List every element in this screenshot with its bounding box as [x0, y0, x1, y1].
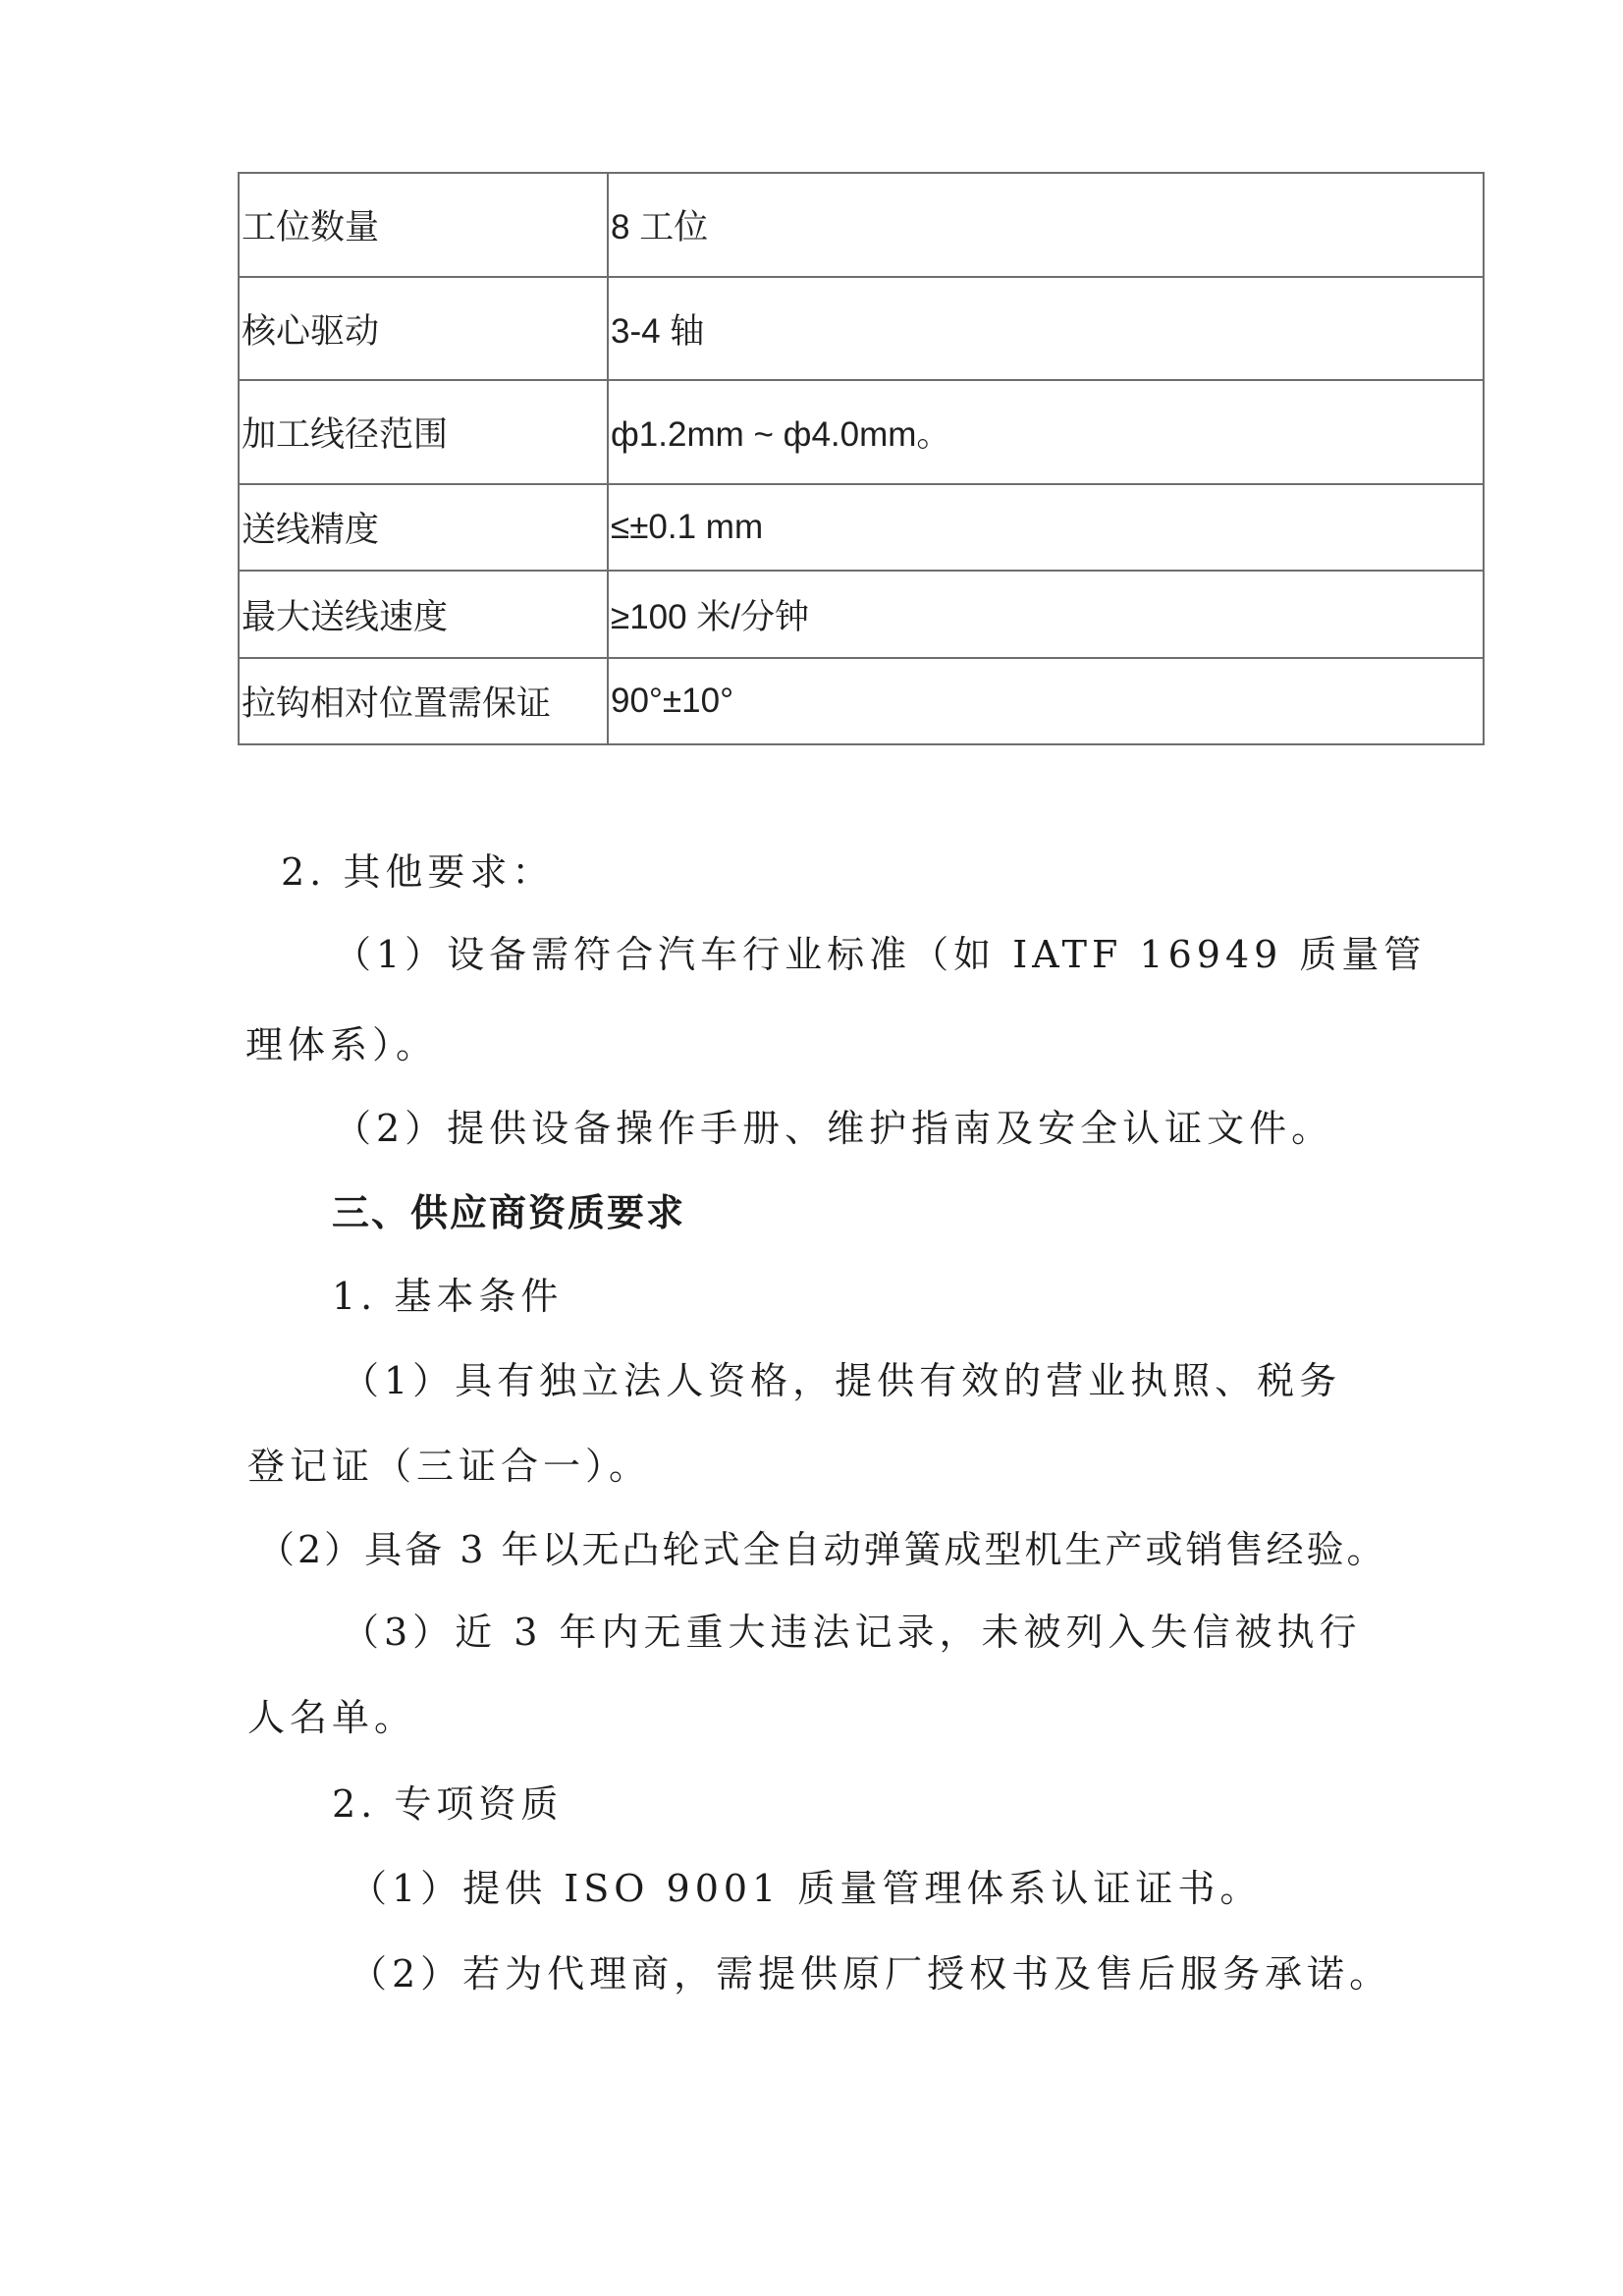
table-row: 核心驱动 3-4 轴 [239, 277, 1484, 380]
table-row: 最大送线速度 ≥100 米/分钟 [239, 571, 1484, 658]
special-qualification-2: （2）若为代理商，需提供原厂授权书及售后服务承诺。 [350, 1952, 1391, 1995]
spec-label: 最大送线速度 [239, 571, 608, 658]
table-row: 工位数量 8 工位 [239, 173, 1484, 277]
special-qualifications-title: 2. 专项资质 [332, 1782, 563, 1826]
spec-label: 送线精度 [239, 484, 608, 571]
basic-condition-3-cont: 人名单。 [247, 1696, 416, 1739]
spec-label: 核心驱动 [239, 277, 608, 380]
basic-condition-1: （1）具有独立法人资格，提供有效的营业执照、税务 [342, 1359, 1341, 1402]
spec-label: 拉钩相对位置需保证 [239, 658, 608, 744]
equipment-spec-table: 工位数量 8 工位 核心驱动 3-4 轴 加工线径范围 ф1.2mm ~ ф4.… [238, 172, 1485, 745]
basic-condition-3: （3）近 3 年内无重大违法记录，未被列入失信被执行 [342, 1611, 1362, 1654]
other-requirement-2: （2）提供设备操作手册、维护指南及安全认证文件。 [334, 1107, 1333, 1150]
other-requirement-1: （1）设备需符合汽车行业标准（如 IATF 16949 质量管 [334, 933, 1426, 976]
table-row: 加工线径范围 ф1.2mm ~ ф4.0mm。 [239, 380, 1484, 484]
section-heading-supplier-qualifications: 三、供应商资质要求 [332, 1191, 685, 1234]
spec-value: 3-4 轴 [608, 277, 1484, 380]
special-qualification-1: （1）提供 ISO 9001 质量管理体系认证证书。 [350, 1867, 1262, 1910]
spec-value: ф1.2mm ~ ф4.0mm。 [608, 380, 1484, 484]
other-requirements-title: 2. 其他要求： [281, 850, 554, 894]
spec-value: ≥100 米/分钟 [608, 571, 1484, 658]
spec-value: 8 工位 [608, 173, 1484, 277]
spec-value: ≤±0.1 mm [608, 484, 1484, 571]
table-row: 拉钩相对位置需保证 90°±10° [239, 658, 1484, 744]
basic-condition-2: （2）具备 3 年以无凸轮式全自动弹簧成型机生产或销售经验。 [257, 1528, 1387, 1571]
spec-value: 90°±10° [608, 658, 1484, 744]
spec-label: 加工线径范围 [239, 380, 608, 484]
basic-condition-1-cont: 登记证（三证合一）。 [247, 1445, 651, 1488]
other-requirement-1-cont: 理体系）。 [245, 1023, 438, 1066]
table-row: 送线精度 ≤±0.1 mm [239, 484, 1484, 571]
spec-label: 工位数量 [239, 173, 608, 277]
basic-conditions-title: 1. 基本条件 [332, 1275, 563, 1318]
